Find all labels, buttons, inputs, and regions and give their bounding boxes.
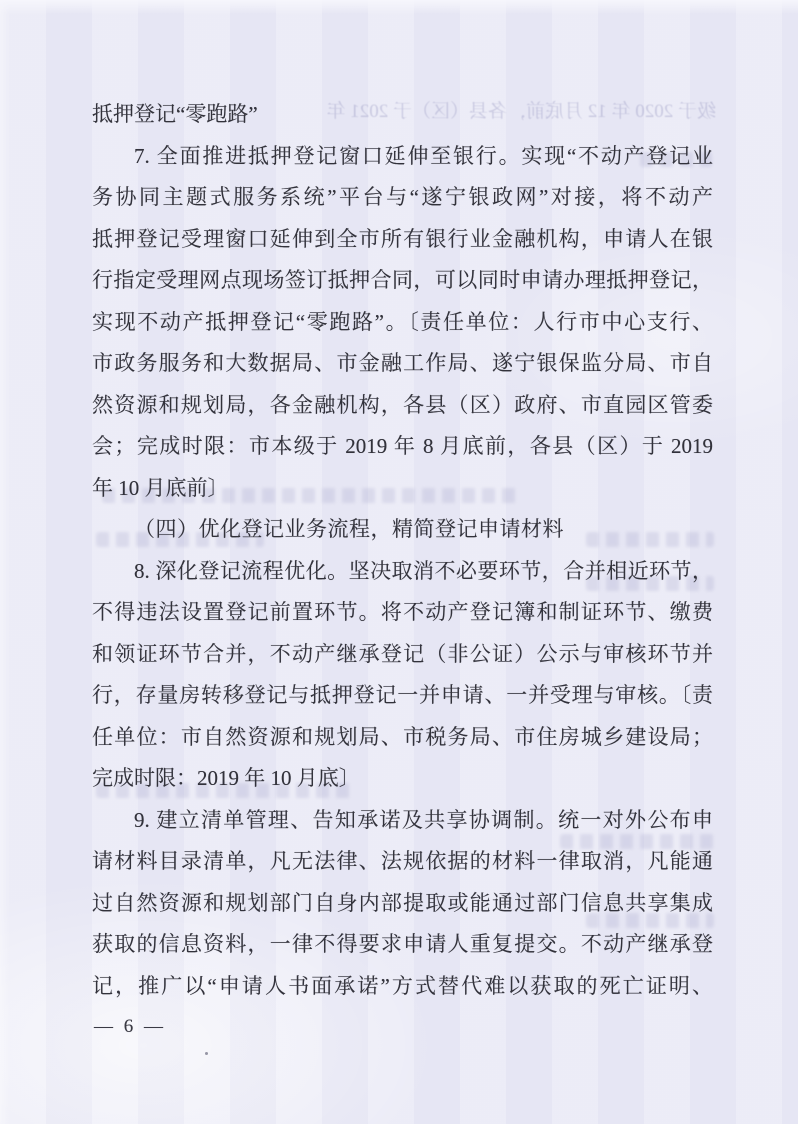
text-line: 9. 建立清单管理、告知承诺及共享协调制。统一对外公布申 [92, 800, 713, 842]
scan-speck [205, 1052, 208, 1055]
text-line: 抵押登记“零跑路” [92, 94, 713, 136]
section-heading: （四）优化登记业务流程，精简登记申请材料 [92, 509, 713, 551]
text-line: 请材料目录清单，凡无法律、法规依据的材料一律取消，凡能通 [92, 841, 713, 883]
text-line: 8. 深化登记流程优化。坚决取消不必要环节，合并相近环节， [92, 551, 713, 593]
text-line: 行，存量房转移登记与抵押登记一并申请、一并受理与审核。〔责 [92, 675, 713, 717]
text-line: 实现不动产抵押登记“零跑路”。〔责任单位：人行市中心支行、 [92, 302, 713, 344]
text-line: 任单位：市自然资源和规划局、市税务局、市住房城乡建设局； [92, 717, 713, 759]
text-line: 和领证环节合并，不动产继承登记（非公证）公示与审核环节并 [92, 634, 713, 676]
text-line: 记，推广以“申请人书面承诺”方式替代难以获取的死亡证明、 [92, 966, 713, 1008]
text-line: 不得违法设置登记前置环节。将不动产登记簿和制证环节、缴费 [92, 592, 713, 634]
text-line: 7. 全面推进抵押登记窗口延伸至银行。实现“不动产登记业 [92, 136, 713, 178]
text-line: 抵押登记受理窗口延伸到全市所有银行业金融机构，申请人在银 [92, 219, 713, 261]
text-line: 行指定受理网点现场签订抵押合同，可以同时申请办理抵押登记， [92, 260, 713, 302]
document-body: 抵押登记“零跑路”7. 全面推进抵押登记窗口延伸至银行。实现“不动产登记业务协同… [92, 94, 713, 1007]
text-line: 获取的信息资料，一律不得要求申请人重复提交。不动产继承登 [92, 924, 713, 966]
text-line: 过自然资源和规划部门自身内部提取或能通过部门信息共享集成 [92, 883, 713, 925]
text-line: 会；完成时限：市本级于 2019 年 8 月底前，各县（区）于 2019 [92, 426, 713, 468]
text-line: 务协同主题式服务系统”平台与“遂宁银政网”对接，将不动产 [92, 177, 713, 219]
text-line: 市政务服务和大数据局、市金融工作局、遂宁银保监分局、市自 [92, 343, 713, 385]
text-line: 然资源和规划局，各金融机构，各县（区）政府、市直园区管委 [92, 385, 713, 427]
page-number: — 6 — [94, 1016, 166, 1038]
text-line: 完成时限：2019 年 10 月底〕 [92, 758, 713, 800]
text-line: 年 10 月底前〕 [92, 468, 713, 510]
